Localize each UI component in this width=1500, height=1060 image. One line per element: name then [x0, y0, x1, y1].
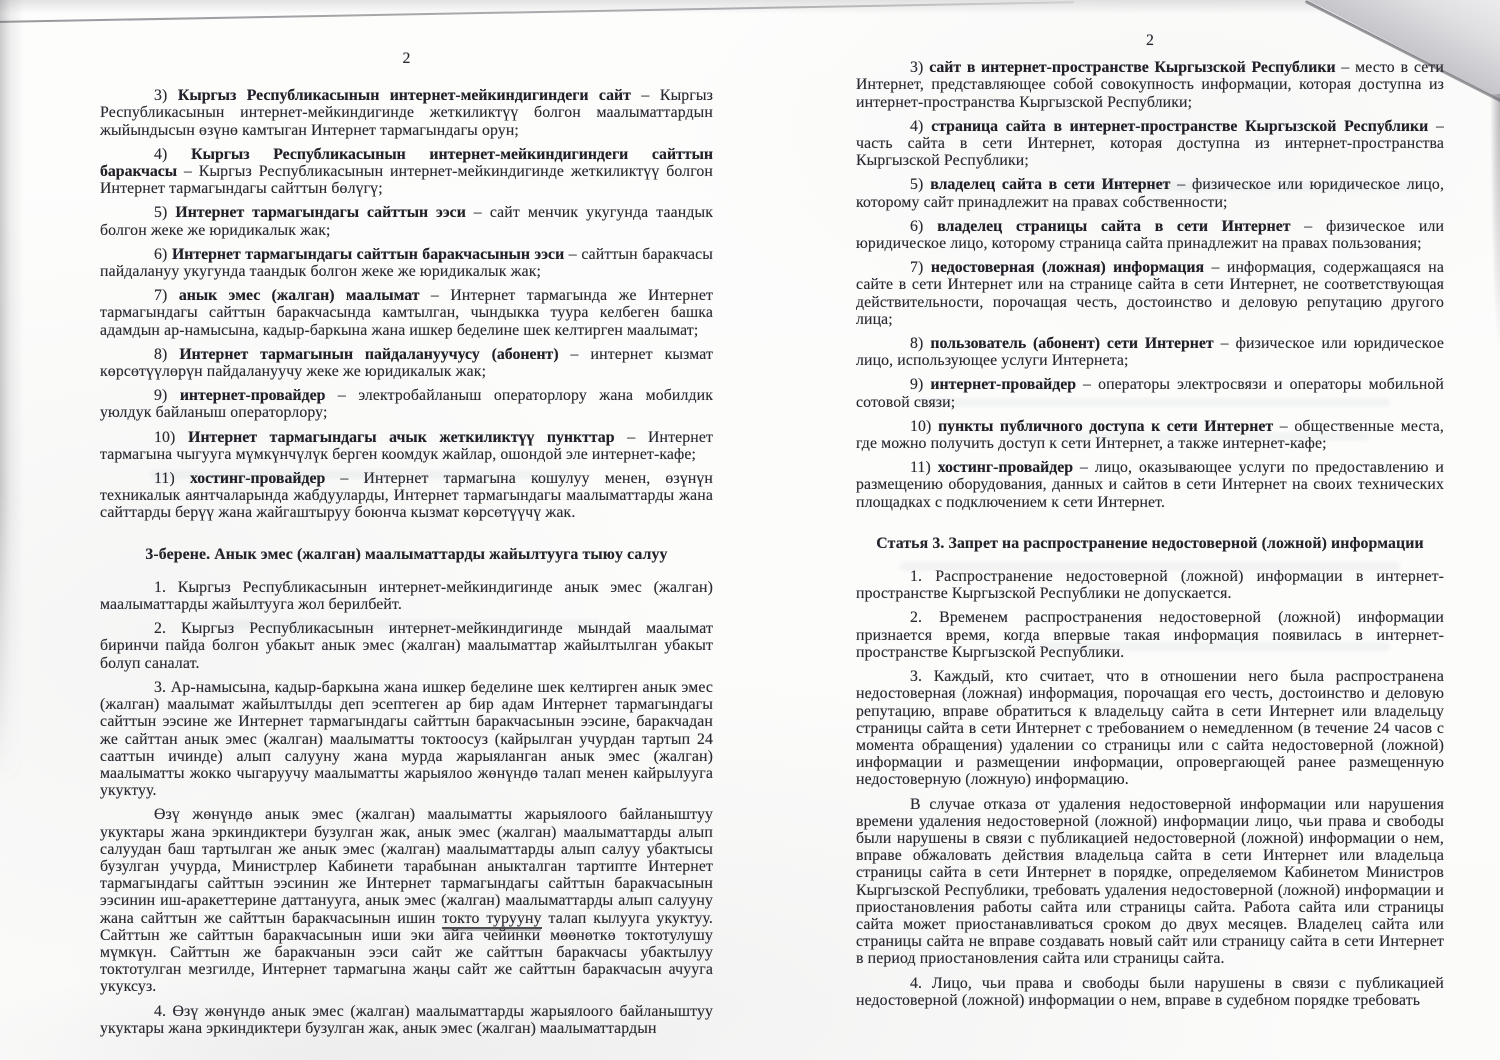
defined-term: анык эмес (жалган) маалымат — [179, 287, 420, 304]
paragraph: 2. Временем распространения недостоверно… — [856, 609, 1444, 661]
defined-term: сайт в интернет-пространстве Кыргызской … — [929, 59, 1335, 76]
defined-term: Интернет тармагындагы сайттын баракчасын… — [172, 246, 564, 263]
paragraph: 11) хостинг-провайдер – лицо, оказывающе… — [856, 459, 1444, 511]
scan-right-edge-shadow — [1490, 94, 1500, 354]
paragraph: В случае отказа от удаления недостоверно… — [856, 796, 1444, 968]
paragraph: 4) Кыргыз Республикасынын интернет-мейки… — [100, 146, 713, 198]
defined-term: интернет-провайдер — [930, 376, 1076, 393]
scan-top-edge-shadow — [0, 0, 1500, 14]
paragraph: 7) анык эмес (жалган) маалымат – Интерне… — [100, 287, 713, 339]
defined-term: хостинг-провайдер — [190, 470, 325, 487]
paragraph: 11) хостинг-провайдер – Интернет тармагы… — [100, 470, 713, 522]
defined-term: пользователь (абонент) сети Интернет — [930, 335, 1213, 352]
paragraph: 3) Кыргыз Республикасынын интернет-мейки… — [100, 87, 713, 139]
article-heading: Статья 3. Запрет на распространение недо… — [856, 535, 1444, 552]
defined-term: Интернет тармагынын пайдалануучусу (абон… — [179, 346, 558, 363]
page-right-paragraphs: 3) сайт в интернет-пространстве Кыргызск… — [856, 59, 1444, 1009]
paragraph: 3. Каждый, кто считает, что в отношении … — [856, 668, 1444, 788]
paragraph: 8) пользователь (абонент) сети Интернет … — [856, 335, 1444, 369]
defined-term: владелец страницы сайта в сети Интернет — [937, 218, 1290, 235]
scanned-document: 2 3) Кыргыз Республикасынын интернет-мей… — [0, 0, 1500, 1060]
paragraph: 10) пункты публичного доступа к сети Инт… — [856, 418, 1444, 452]
paragraph: 6) Интернет тармагындагы сайттын баракча… — [100, 246, 713, 280]
paragraph: 1. Кыргыз Республикасынын интернет-мейки… — [100, 579, 713, 613]
defined-term: владелец сайта в сети Интернет — [930, 176, 1170, 193]
pencil-underline: токто турууну — [442, 910, 541, 929]
paragraph: 8) Интернет тармагынын пайдалануучусу (а… — [100, 346, 713, 380]
defined-term: Кыргыз Республикасынын интернет-мейкинди… — [178, 87, 631, 104]
document-page-right: 2 3) сайт в интернет-пространстве Кыргыз… — [856, 32, 1444, 1016]
defined-term: хостинг-провайдер — [938, 459, 1073, 476]
document-page-left: 2 3) Кыргыз Республикасынын интернет-мей… — [100, 50, 713, 1044]
paragraph: 5) владелец сайта в сети Интернет – физи… — [856, 176, 1444, 210]
defined-term: интернет-провайдер — [180, 387, 326, 404]
paragraph: 9) интернет-провайдер – операторы электр… — [856, 376, 1444, 410]
page-number-left: 2 — [100, 50, 713, 67]
paragraph: 3) сайт в интернет-пространстве Кыргызск… — [856, 59, 1444, 111]
defined-term: Кыргыз Республикасынын интернет-мейкинди… — [100, 146, 713, 180]
paragraph: 2. Кыргыз Республикасынын интернет-мейки… — [100, 620, 713, 672]
paragraph: 9) интернет-провайдер – электробайланыш … — [100, 387, 713, 421]
paragraph: 1. Распространение недостоверной (ложной… — [856, 568, 1444, 602]
paragraph: Өзү жөнүндө анык эмес (жалган) маалыматт… — [100, 806, 713, 995]
paragraph: 4) страница сайта в интернет-пространств… — [856, 118, 1444, 170]
paragraph: 3. Ар-намысына, кадыр-баркына жана ишкер… — [100, 679, 713, 799]
paragraph: 5) Интернет тармагындагы сайттын ээси – … — [100, 204, 713, 238]
article-heading: 3-берене. Анык эмес (жалган) маалыматтар… — [100, 546, 713, 563]
scan-sheet-edge-line — [0, 1, 1074, 23]
page-left-paragraphs: 3) Кыргыз Республикасынын интернет-мейки… — [100, 87, 713, 1037]
paragraph: 10) Интернет тармагындагы ачык жеткиликт… — [100, 429, 713, 463]
defined-term: недостоверная (ложная) информация — [931, 259, 1204, 276]
defined-term: страница сайта в интернет-пространстве К… — [931, 118, 1428, 135]
paragraph: 4. Өзү жөнүндө анык эмес (жалган) маалым… — [100, 1003, 713, 1037]
defined-term: Интернет тармагындагы ачык жеткиликтүү п… — [188, 429, 614, 446]
page-number-right: 2 — [856, 32, 1444, 49]
paragraph: 4. Лицо, чьи права и свободы были наруше… — [856, 975, 1444, 1009]
paragraph: 7) недостоверная (ложная) информация – и… — [856, 259, 1444, 328]
scan-left-edge-shadow — [0, 0, 24, 827]
defined-term: Интернет тармагындагы сайттын ээси — [175, 204, 465, 221]
paragraph: 6) владелец страницы сайта в сети Интерн… — [856, 218, 1444, 252]
defined-term: пункты публичного доступа к сети Интерне… — [938, 418, 1273, 435]
